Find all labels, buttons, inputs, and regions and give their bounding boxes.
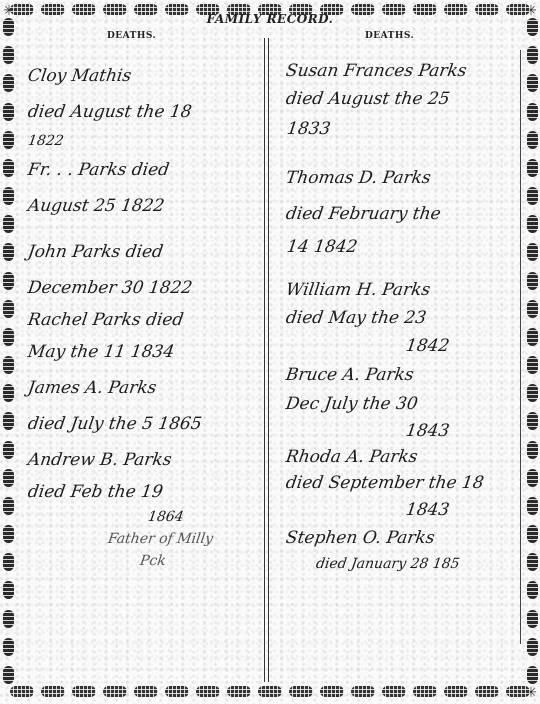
entry-line: died September the 18 — [284, 470, 518, 496]
border-ornament-icon — [527, 328, 538, 346]
entry-line: died January 28 185 — [284, 552, 517, 576]
entry-line: died August the 25 — [284, 84, 518, 114]
border-ornament-icon — [258, 686, 282, 697]
entry-line: James A. Parks — [25, 370, 262, 406]
border-ornament-icon — [3, 74, 14, 92]
border-ornament-icon — [527, 300, 538, 318]
entry-line: Bruce A. Parks — [284, 360, 518, 390]
border-ornament-icon — [527, 525, 538, 543]
scanned-record-page: ✳ ✳ ✳ FAMILY RECORD. DEATHS. DEATHS. Clo… — [0, 0, 540, 704]
border-ornament-icon — [3, 187, 14, 205]
border-ornament-icon — [527, 497, 538, 515]
border-ornament-icon — [165, 686, 189, 697]
ornamental-border-left — [2, 18, 14, 684]
border-ornament-icon — [527, 187, 538, 205]
border-ornament-icon — [527, 74, 538, 92]
entry-line: died August the 18 — [25, 94, 262, 130]
border-ornament-icon — [413, 686, 437, 697]
entry-line: Andrew B. Parks — [25, 442, 262, 478]
entry-line: died February the — [283, 196, 518, 232]
border-ornament-icon — [227, 686, 251, 697]
entry-line: Cloy Mathis — [25, 58, 262, 94]
border-ornament-icon — [3, 384, 14, 402]
border-ornament-icon — [444, 686, 468, 697]
border-ornament-icon — [3, 412, 14, 430]
border-ornament-icon — [3, 356, 14, 374]
border-ornament-icon — [103, 686, 127, 697]
entry-line: Thomas D. Parks — [283, 160, 518, 196]
entry-line: 1864 — [26, 506, 261, 528]
entry-line: 1822 — [26, 130, 261, 152]
border-ornament-icon — [3, 610, 14, 628]
border-ornament-icon — [3, 103, 14, 121]
ornamental-border-right — [526, 18, 538, 684]
entry-line: Fr. . . Parks died — [25, 152, 262, 188]
border-ornament-icon — [3, 215, 14, 233]
column-divider — [268, 38, 269, 682]
border-ornament-icon — [382, 686, 406, 697]
border-ornament-icon — [3, 441, 14, 459]
border-ornament-icon — [527, 215, 538, 233]
entry-line: Susan Frances Parks — [284, 58, 518, 84]
right-column-heading: DEATHS. — [365, 31, 414, 41]
entry-line: 1842 — [284, 332, 518, 360]
border-ornament-icon — [3, 272, 14, 290]
border-ornament-icon — [3, 131, 14, 149]
border-ornament-icon — [3, 638, 14, 656]
entry-line: August 25 1822 — [25, 188, 262, 224]
right-death-entries: Susan Frances Parks died August the 25 1… — [286, 58, 516, 576]
border-ornament-icon — [3, 525, 14, 543]
border-ornament-icon — [3, 46, 14, 64]
entry-line: Dec July the 30 — [284, 390, 518, 418]
border-ornament-icon — [196, 686, 220, 697]
border-ornament-icon — [527, 356, 538, 374]
entry-line: 1843 — [284, 418, 518, 444]
border-ornament-icon — [3, 300, 14, 318]
entry-line: Stephen O. Parks — [284, 524, 518, 552]
border-ornament-icon — [527, 469, 538, 487]
entry-line: John Parks died — [25, 234, 262, 270]
border-ornament-icon — [351, 686, 375, 697]
border-ornament-icon — [527, 103, 538, 121]
border-ornament-icon — [506, 686, 530, 697]
left-column-heading: DEATHS. — [107, 31, 156, 41]
border-ornament-icon — [10, 686, 34, 697]
entry-line: 14 1842 — [283, 232, 519, 276]
border-ornament-icon — [527, 46, 538, 64]
border-ornament-icon — [527, 412, 538, 430]
border-ornament-icon — [72, 686, 96, 697]
border-ornament-icon — [3, 497, 14, 515]
border-ornament-icon — [3, 469, 14, 487]
border-ornament-icon — [527, 384, 538, 402]
document-title: FAMILY RECORD. — [0, 12, 540, 26]
border-ornament-icon — [527, 272, 538, 290]
border-ornament-icon — [527, 243, 538, 261]
border-ornament-icon — [527, 159, 538, 177]
border-ornament-icon — [134, 686, 158, 697]
entry-line: Pck — [26, 550, 261, 572]
border-ornament-icon — [527, 610, 538, 628]
border-ornament-icon — [527, 131, 538, 149]
entry-line: 1833 — [283, 114, 519, 160]
border-ornament-icon — [41, 686, 65, 697]
border-ornament-icon — [3, 581, 14, 599]
border-ornament-icon — [475, 686, 499, 697]
right-margin-rule — [520, 50, 521, 644]
entry-line: William H. Parks — [284, 276, 518, 304]
ornamental-border-bottom — [10, 684, 530, 698]
border-ornament-icon — [527, 553, 538, 571]
column-divider — [264, 38, 265, 682]
entry-line: died Feb the 19 — [26, 478, 262, 506]
border-ornament-icon — [320, 686, 344, 697]
border-ornament-icon — [3, 666, 14, 684]
entry-line: died July the 5 1865 — [25, 406, 262, 442]
border-ornament-icon — [527, 441, 538, 459]
entry-line: May the 11 1834 — [25, 334, 262, 370]
entry-line: Father of Milly — [26, 528, 261, 550]
border-ornament-icon — [3, 553, 14, 571]
left-death-entries: Cloy Mathis died August the 18 1822 Fr. … — [28, 58, 260, 572]
entry-line: December 30 1822 — [25, 270, 262, 306]
border-ornament-icon — [289, 686, 313, 697]
entry-line: died May the 23 — [284, 304, 518, 332]
border-ornament-icon — [3, 328, 14, 346]
border-ornament-icon — [3, 159, 14, 177]
entry-line: Rachel Parks died — [26, 306, 262, 334]
border-ornament-icon — [527, 638, 538, 656]
entry-line: Rhoda A. Parks — [284, 444, 518, 470]
border-ornament-icon — [527, 581, 538, 599]
border-ornament-icon — [3, 243, 14, 261]
entry-line: 1843 — [284, 496, 518, 524]
border-ornament-icon — [527, 666, 538, 684]
